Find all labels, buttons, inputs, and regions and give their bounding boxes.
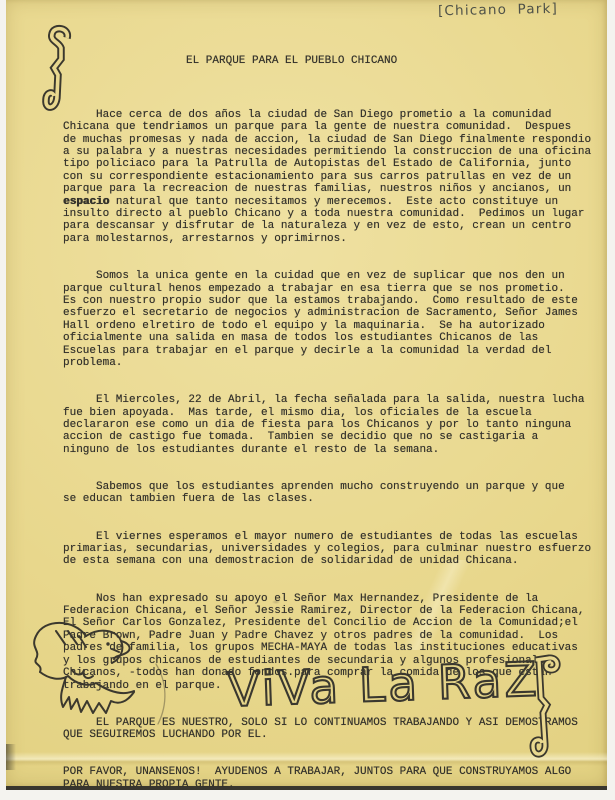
paragraph: El viernes esperamos el mayor numero de … bbox=[63, 531, 591, 568]
paragraph-text: Hace cerca de dos años la ciudad de San … bbox=[63, 109, 591, 195]
overstruck-word: espacio bbox=[63, 196, 109, 208]
paragraph: Sabemos que los estudiantes aprenden muc… bbox=[63, 481, 591, 506]
handwritten-annotation: [Chicano Park] bbox=[438, 1, 558, 20]
paragraph-text: natural que tanto necesitamos y merecemo… bbox=[63, 196, 585, 245]
scan-artifact bbox=[228, 596, 288, 604]
paragraph: Somos la unica gente en la cuidad que en… bbox=[63, 270, 591, 369]
paragraph: Hace cerca de dos años la ciudad de San … bbox=[63, 109, 591, 245]
viva-la-raza-slogan: ViVa La RaZa! bbox=[224, 640, 536, 736]
paragraph: POR FAVOR, UNANSENOS! AYUDENOS A TRABAJA… bbox=[63, 766, 591, 791]
slogan-text: ViVa La RaZa! bbox=[227, 650, 536, 718]
document-title: EL PARQUE PARA EL PUEBLO CHICANO bbox=[186, 55, 397, 67]
paragraph: El Miercoles, 22 de Abril, la fecha seña… bbox=[63, 394, 591, 456]
aztec-step-fret-icon bbox=[528, 652, 566, 770]
scan-artifact bbox=[6, 744, 16, 770]
eagle-sketch-icon bbox=[16, 614, 186, 739]
